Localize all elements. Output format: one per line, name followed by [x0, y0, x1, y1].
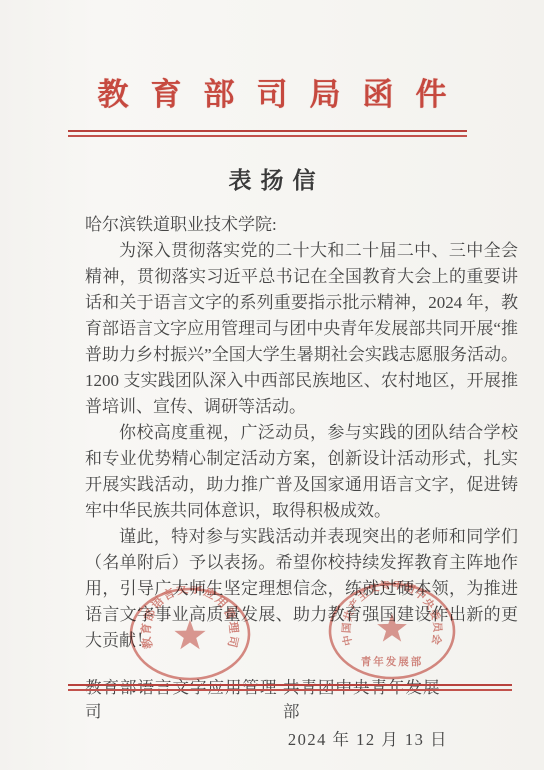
- ministry-seal: 教育部语言文字应用管理司: [128, 586, 252, 682]
- scanned-letter-page: 教育部司局函件 表扬信 哈尔滨铁道职业技术学院: 为深入贯彻落实党的二十大和二十…: [0, 0, 544, 770]
- header-double-rule: [68, 130, 467, 137]
- salutation: 哈尔滨铁道职业技术学院:: [85, 212, 518, 238]
- body-paragraph-2: 你校高度重视，广泛动员，参与实践的团队结合学校和专业优势精心制定活动方案，创新设…: [85, 420, 518, 524]
- seal-bottom-text: 青年发展部: [361, 655, 424, 668]
- document-date: 2024 年 12 月 13 日: [0, 726, 448, 750]
- letterhead-title: 教育部司局函件: [0, 0, 544, 114]
- star-icon: [377, 613, 407, 641]
- star-icon: [174, 620, 205, 650]
- youth-league-seal: 中国共产主义青年团中央委员会 青年发展部: [327, 581, 457, 681]
- footer-double-rule: [68, 684, 512, 691]
- signature-org-right: 共青团中央青年发展部: [283, 674, 448, 722]
- document-title: 表扬信: [0, 162, 544, 195]
- body-paragraph-1: 为深入贯彻落实党的二十大和二十届二中、三中全会精神，贯彻落实习近平总书记在全国教…: [85, 238, 518, 420]
